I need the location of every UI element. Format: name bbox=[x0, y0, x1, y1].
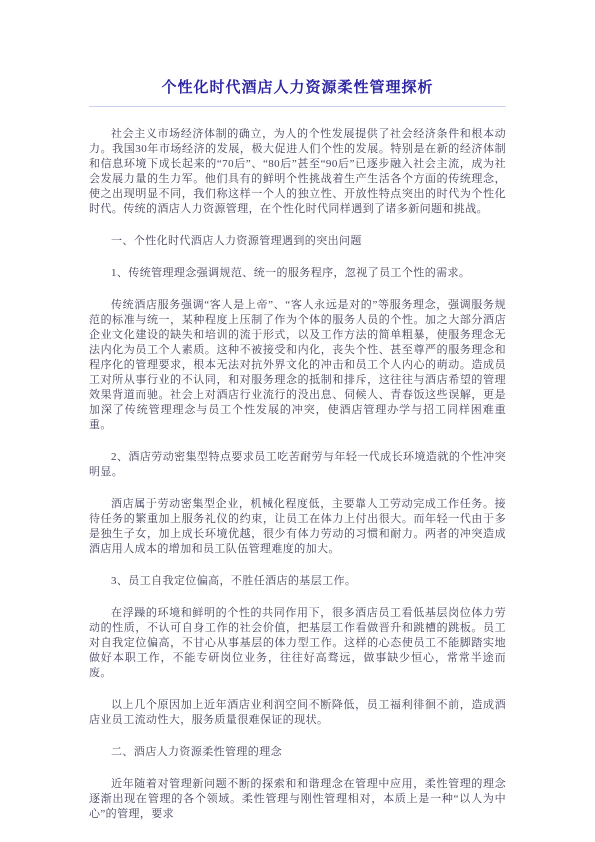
intro-paragraph: 社会主义市场经济体制的确立，为人的个性发展提供了社会经济条件和根本动力。我国30… bbox=[89, 127, 506, 217]
title-divider bbox=[89, 106, 506, 107]
section1-item3-heading: 3、员工自我定位偏高，不胜任酒店的基层工作。 bbox=[89, 574, 506, 589]
section1-item2-heading: 2、酒店劳动密集型特点要求员工吃苦耐劳与年轻一代成长环境造就的个性冲突明显。 bbox=[89, 450, 506, 480]
section1-item2-body: 酒店属于劳动密集型企业，机械化程度低，主要靠人工劳动完成工作任务。接待任务的繁重… bbox=[89, 497, 506, 557]
section1-heading: 一、个性化时代酒店人力资源管理遇到的突出问题 bbox=[89, 234, 506, 249]
document-content: 个性化时代酒店人力资源柔性管理探析 社会主义市场经济体制的确立，为人的个性发展提… bbox=[89, 76, 506, 822]
section2-heading: 二、酒店人力资源柔性管理的理念 bbox=[89, 745, 506, 760]
section1-item1-body: 传统酒店服务强调“客人是上帝”、“客人永远是对的”等服务理念，强调服务规范的标准… bbox=[89, 298, 506, 433]
document-page: 个性化时代酒店人力资源柔性管理探析 社会主义市场经济体制的确立，为人的个性发展提… bbox=[0, 0, 595, 842]
section1-item1-heading: 1、传统管理理念强调规范、统一的服务程序，忽视了员工个性的需求。 bbox=[89, 266, 506, 281]
section1-item3-body: 在浮躁的环境和鲜明的个性的共同作用下，很多酒店员工看低基层岗位体力劳动的性质，不… bbox=[89, 606, 506, 681]
page-title: 个性化时代酒店人力资源柔性管理探析 bbox=[89, 76, 506, 97]
section2-body: 近年随着对管理新问题不断的探索和和谐理念在管理中应用，柔性管理的理念逐渐出现在管… bbox=[89, 777, 506, 822]
section1-summary-paragraph: 以上几个原因加上近年酒店业利润空间不断降低，员工福利徘徊不前，造成酒店业员工流动… bbox=[89, 698, 506, 728]
